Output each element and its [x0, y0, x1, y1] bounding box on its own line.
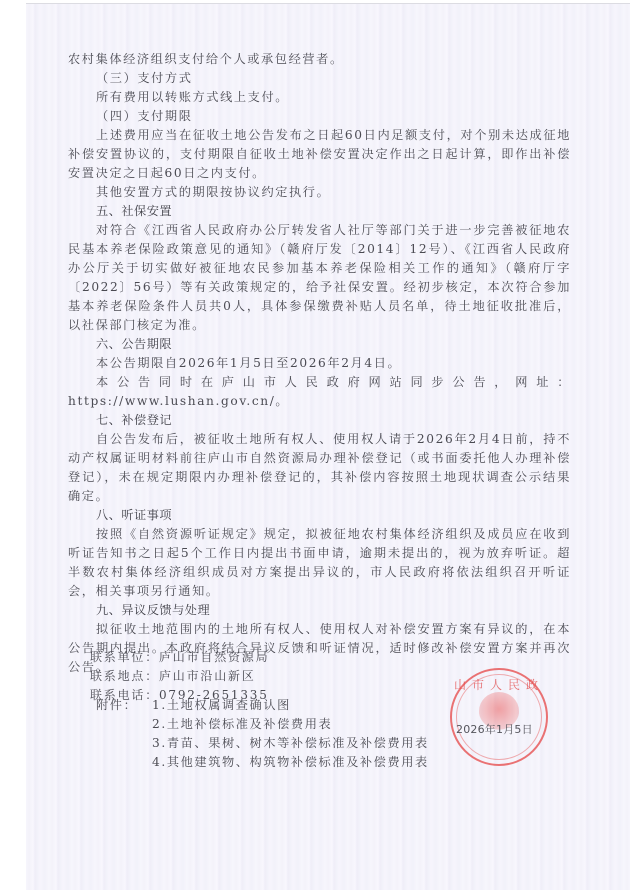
heading-notice-period: 六、公告期限 — [68, 335, 571, 354]
heading-objection: 九、异议反馈与处理 — [68, 601, 571, 620]
paragraph-website: 本公告同时在庐山市人民政府网站同步公告，网址：https://www.lusha… — [68, 373, 571, 411]
contact-address: 联系地点：庐山市沿山新区 — [90, 667, 269, 686]
heading-hearing: 八、听证事项 — [68, 506, 571, 525]
contact-unit: 联系单位：庐山市自然资源局 — [90, 648, 269, 667]
heading-compensation-registration: 七、补偿登记 — [68, 411, 571, 430]
document-date: 2026年1月5日 — [456, 721, 533, 737]
paragraph-other-resettlement: 其他安置方式的期限按协议约定执行。 — [68, 183, 571, 202]
attachments-list: 1.土地权属调查确认图 2.土地补偿标准及补偿费用表 3.青苗、果树、树木等补偿… — [152, 696, 429, 772]
attachment-item: 3.青苗、果树、树木等补偿标准及补偿费用表 — [152, 734, 429, 753]
paragraph-continuation: 农村集体经济组织支付给个人或承包经营者。 — [68, 50, 571, 69]
attachment-item: 4.其他建筑物、构筑物补偿标准及补偿费用表 — [152, 753, 429, 772]
paragraph-compensation-registration: 自公告发布后，被征收土地所有权人、使用权人请于2026年2月4日前，持不动产权属… — [68, 430, 571, 506]
attachment-item: 2.土地补偿标准及补偿费用表 — [152, 715, 429, 734]
seal-text: 山市人民政 — [452, 676, 546, 693]
paragraph-notice-period: 本公告期限自2026年1月5日至2026年2月4日。 — [68, 354, 571, 373]
subheading-payment-deadline: （四）支付期限 — [68, 107, 571, 126]
heading-social-security: 五、社保安置 — [68, 202, 571, 221]
contact-info: 联系单位：庐山市自然资源局 联系地点：庐山市沿山新区 联系电话：0792-265… — [90, 648, 269, 705]
subheading-payment-method: （三）支付方式 — [68, 69, 571, 88]
paragraph-payment-deadline: 上述费用应当在征收土地公告发布之日起60日内足额支付，对个别未达成征地补偿安置协… — [68, 126, 571, 183]
paragraph-hearing: 按照《自然资源听证规定》规定，拟被征地农村集体经济组织及成员应在收到听证告知书之… — [68, 525, 571, 601]
attachments-label: 附件： — [68, 696, 152, 772]
official-seal: 山市人民政 — [450, 668, 548, 766]
paragraph-payment-method: 所有费用以转账方式线上支付。 — [68, 88, 571, 107]
paragraph-social-security: 对符合《江西省人民政府办公厅转发省人社厅等部门关于进一步完善被征地农民基本养老保… — [68, 221, 571, 335]
contact-phone: 联系电话：0792-2651335 — [90, 686, 269, 705]
